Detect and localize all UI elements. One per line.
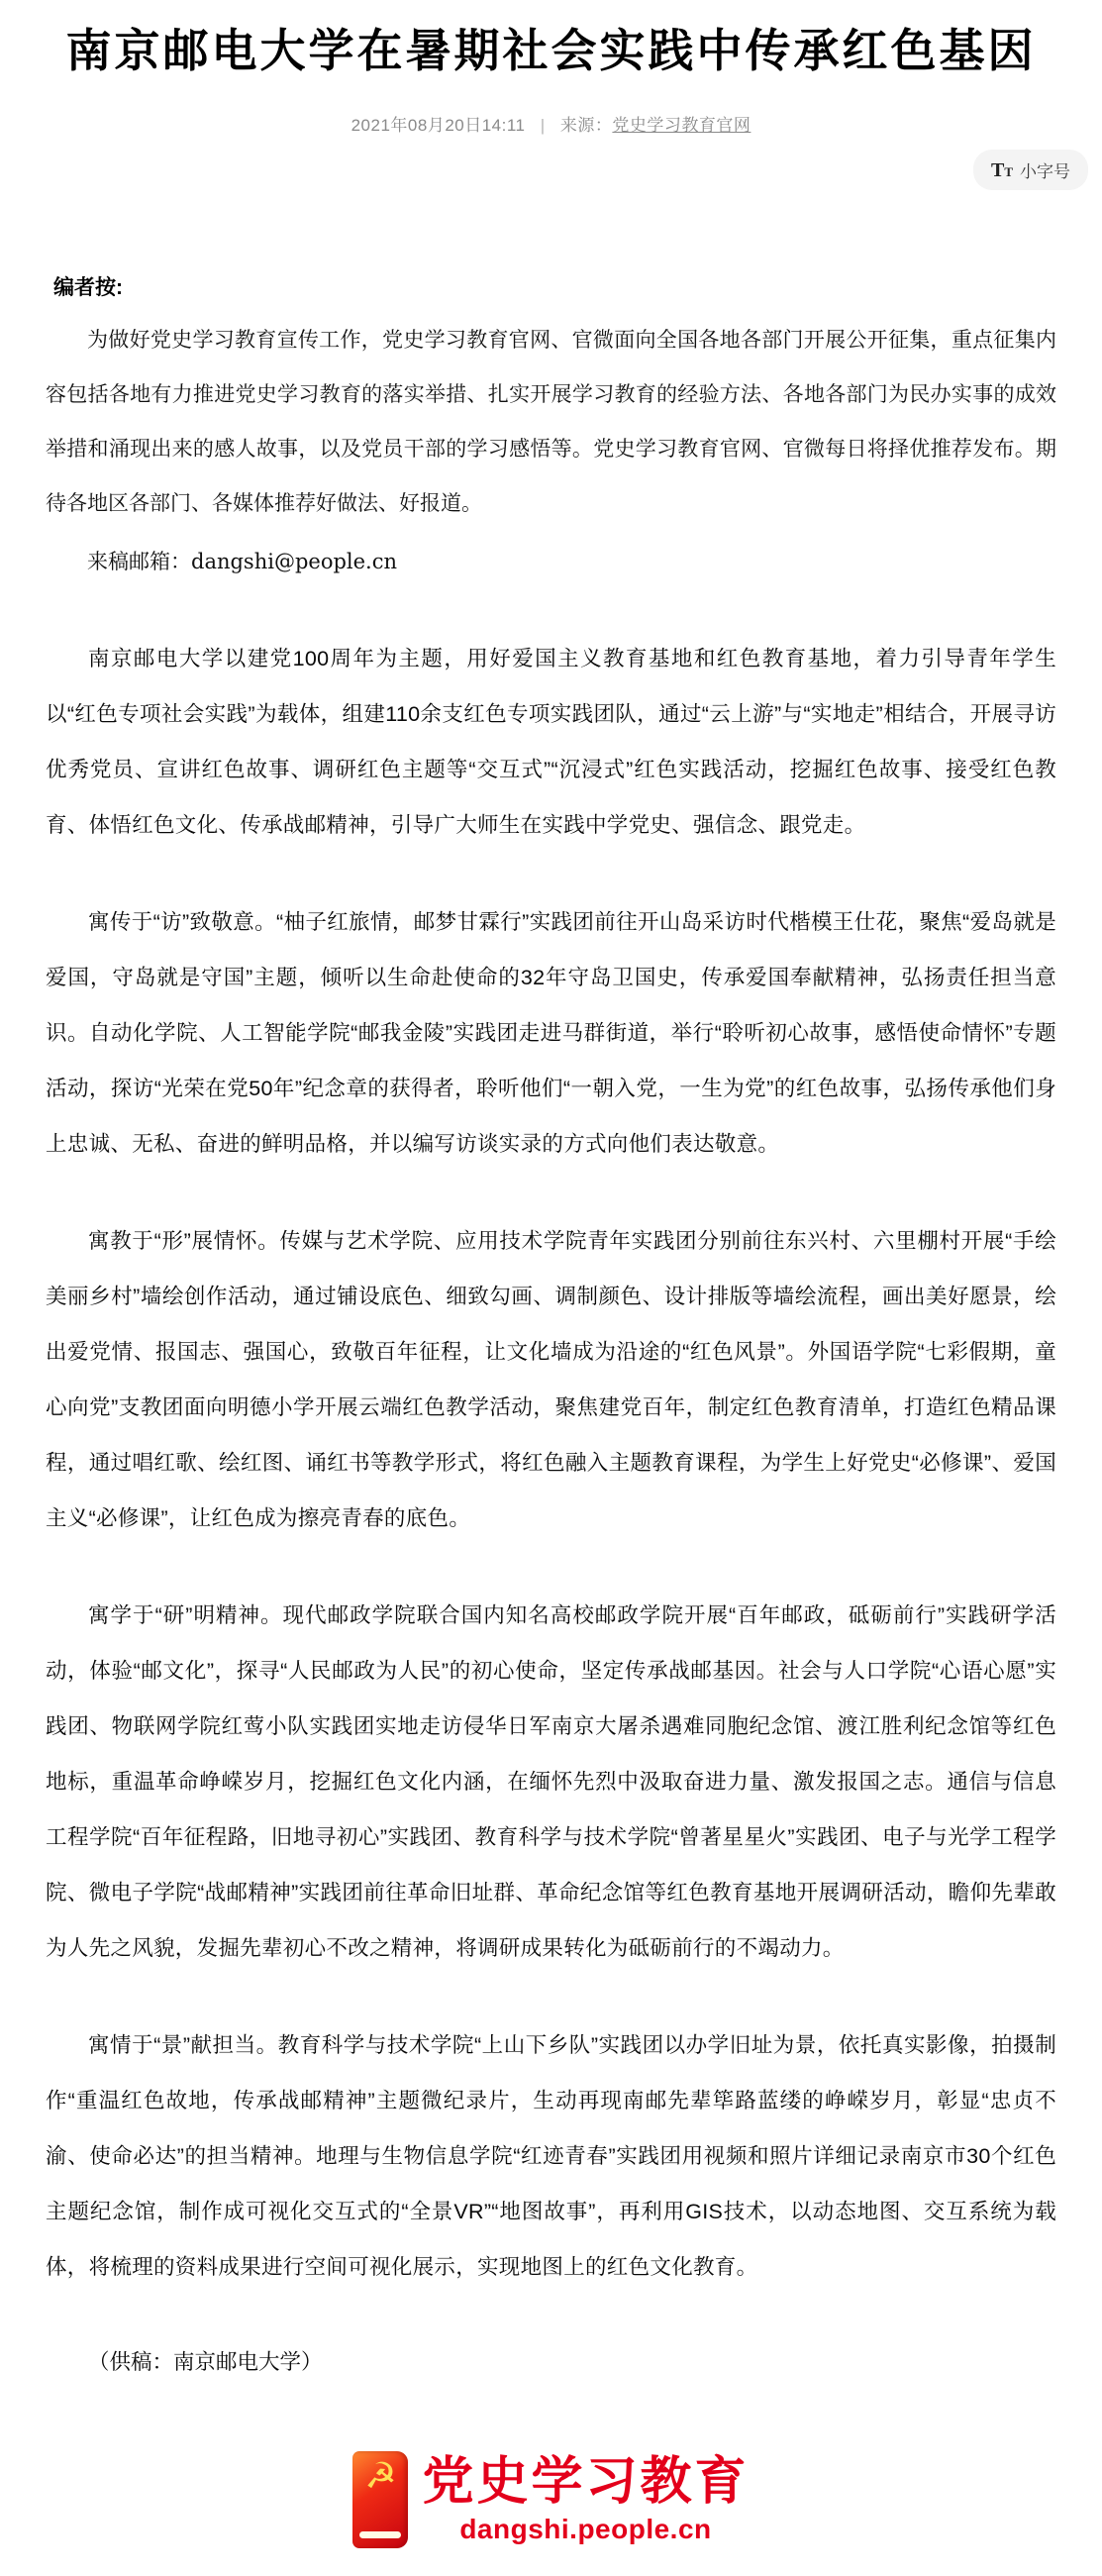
font-size-label: 小字号 xyxy=(1020,157,1070,182)
page-title: 南京邮电大学在暑期社会实践中传承红色基因 xyxy=(0,0,1102,81)
article-paragraph-2: 寓传于“访”致敬意。“柚子红旅情，邮梦甘霖行”实践团前往开山岛采访时代楷模王仕花… xyxy=(46,894,1056,1172)
article-paragraph-1: 南京邮电大学以建党100周年为主题，用好爱国主义教育基地和红色教育基地，着力引导… xyxy=(46,631,1056,853)
publish-datetime: 2021年08月20日14:11 xyxy=(351,116,526,135)
footer-logo-title: 党史学习教育 xyxy=(422,2454,749,2511)
article-page: 南京邮电大学在暑期社会实践中传承红色基因 2021年08月20日14:11 | … xyxy=(0,0,1102,2576)
article-meta-line: 2021年08月20日14:11 | 来源：党史学习教育官网 xyxy=(0,111,1102,136)
article-paragraph-3: 寓教于“形”展情怀。传媒与艺术学院、应用技术学院青年实践团分别前往东兴村、六里棚… xyxy=(46,1213,1056,1546)
site-footer: ☭ 党史学习教育 dangshi.people.cn xyxy=(0,2451,1102,2576)
article-content: 编者按: 为做好党史学习教育宣传工作，党史学习教育官网、官微面向全国各地各部门开… xyxy=(0,271,1102,2390)
article-paragraph-5: 寓情于“景”献担当。教育科学与技术学院“上山下乡队”实践团以办学旧址为景，依托真… xyxy=(46,2017,1056,2295)
font-size-button[interactable]: TT 小字号 xyxy=(973,150,1088,190)
red-book-icon: ☭ xyxy=(352,2451,408,2548)
footer-logo-link[interactable]: ☭ 党史学习教育 dangshi.people.cn xyxy=(352,2451,749,2548)
meta-separator: | xyxy=(541,116,546,135)
article-paragraph-4: 寓学于“研”明精神。现代邮政学院联合国内知名高校邮政学院开展“百年邮政，砥砺前行… xyxy=(46,1588,1056,1976)
contributor-byline: （供稿：南京邮电大学） xyxy=(46,2334,1056,2390)
footer-logo-text: 党史学习教育 dangshi.people.cn xyxy=(422,2454,749,2545)
hammer-sickle-icon: ☭ xyxy=(352,2459,408,2495)
book-pages-line xyxy=(359,2531,401,2538)
submission-email-line: 来稿邮箱：dangshi@people.cn xyxy=(46,535,1056,589)
editor-note-body: 为做好党史学习教育宣传工作，党史学习教育官网、官微面向全国各地各部门开展公开征集… xyxy=(46,313,1056,531)
source-link[interactable]: 党史学习教育官网 xyxy=(612,116,751,135)
editor-note-heading: 编者按: xyxy=(46,271,1056,301)
footer-logo-url: dangshi.people.cn xyxy=(459,2514,711,2545)
font-size-icon: TT xyxy=(991,160,1013,180)
source-label: 来源： xyxy=(560,116,613,135)
font-control-row: TT 小字号 xyxy=(0,150,1102,190)
